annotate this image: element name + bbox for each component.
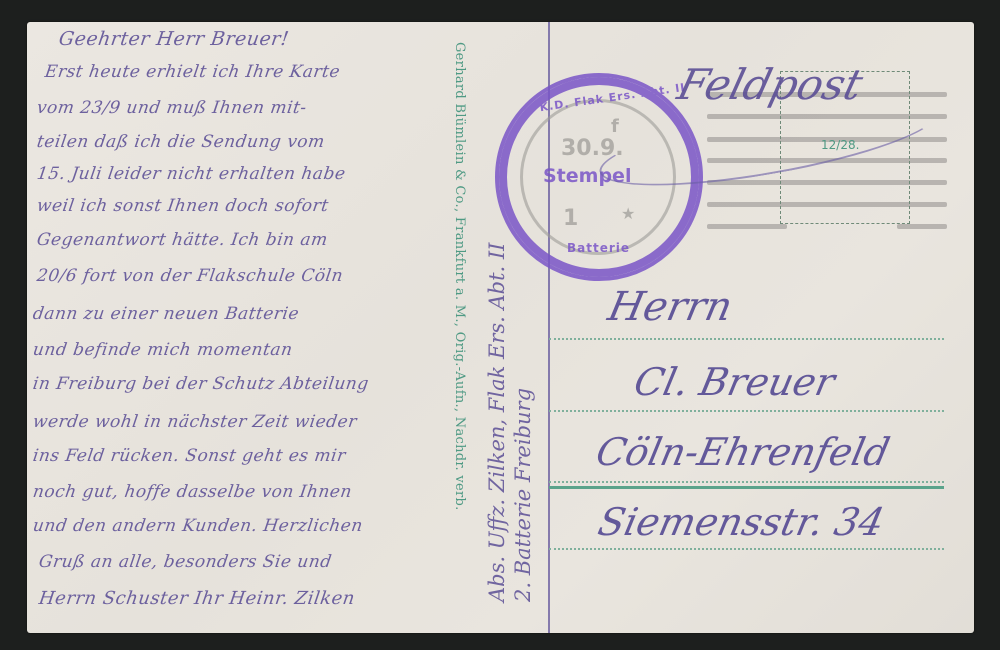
message-line: und den andern Kunden. Herzlichen: [32, 516, 365, 536]
message-line: 20/6 fort von der Flakschule Cöln: [36, 266, 345, 286]
address-rule-solid: [549, 486, 944, 489]
sender-line-1: Abs. Uffz. Zilken, Flak Ers. Abt. II: [485, 243, 509, 602]
message-line: Erst heute erhielt ich Ihre Karte: [44, 62, 342, 82]
seal-top-text: K.D. Flak Ers. Abt. II: [539, 81, 686, 114]
message-line: vom 23/9 und muß Ihnen mit-: [36, 98, 308, 118]
message-line: werde wohl in nächster Zeit wieder: [32, 412, 359, 432]
signature-line: Herrn Schuster Ihr Heinr. Zilken: [38, 588, 357, 609]
address-street: Siemensstr. 34: [594, 500, 888, 544]
publisher-imprint: Gerhard Blümlein & Co., Frankfurt a. M.,…: [453, 42, 467, 602]
address-salutation: Herrn: [604, 284, 736, 330]
message-line: 15. Juli leider nicht erhalten habe: [36, 164, 347, 184]
address-city: Cöln-Ehrenfeld: [592, 430, 893, 474]
message-line: Gegenantwort hätte. Ich bin am: [36, 230, 330, 250]
message-line: noch gut, hoffe dasselbe von Ihnen: [32, 482, 354, 502]
sender-line-2: 2. Batterie Freiburg: [511, 388, 535, 602]
message-line: ins Feld rücken. Sonst geht es mir: [32, 446, 347, 466]
address-rule: [549, 481, 944, 483]
address-rule: [549, 548, 944, 550]
message-line: weil ich sonst Ihnen doch sofort: [36, 196, 330, 216]
address-rule: [549, 410, 944, 412]
message-line: dann zu einer neuen Batterie: [32, 304, 301, 324]
seal-bottom-text: Batterie: [567, 241, 630, 255]
message-line: Geehrter Herr Breuer!: [57, 28, 290, 50]
message-line: Gruß an alle, besonders Sie und: [38, 552, 333, 572]
address-rule: [549, 338, 944, 340]
address-name: Cl. Breuer: [630, 360, 838, 404]
message-line: in Freiburg bei der Schutz Abteilung: [32, 374, 370, 394]
message-line: und befinde mich momentan: [32, 340, 294, 360]
message-line: teilen daß ich die Sendung vom: [36, 132, 327, 152]
postcard: Geehrter Herr Breuer! Erst heute erhielt…: [27, 22, 974, 633]
